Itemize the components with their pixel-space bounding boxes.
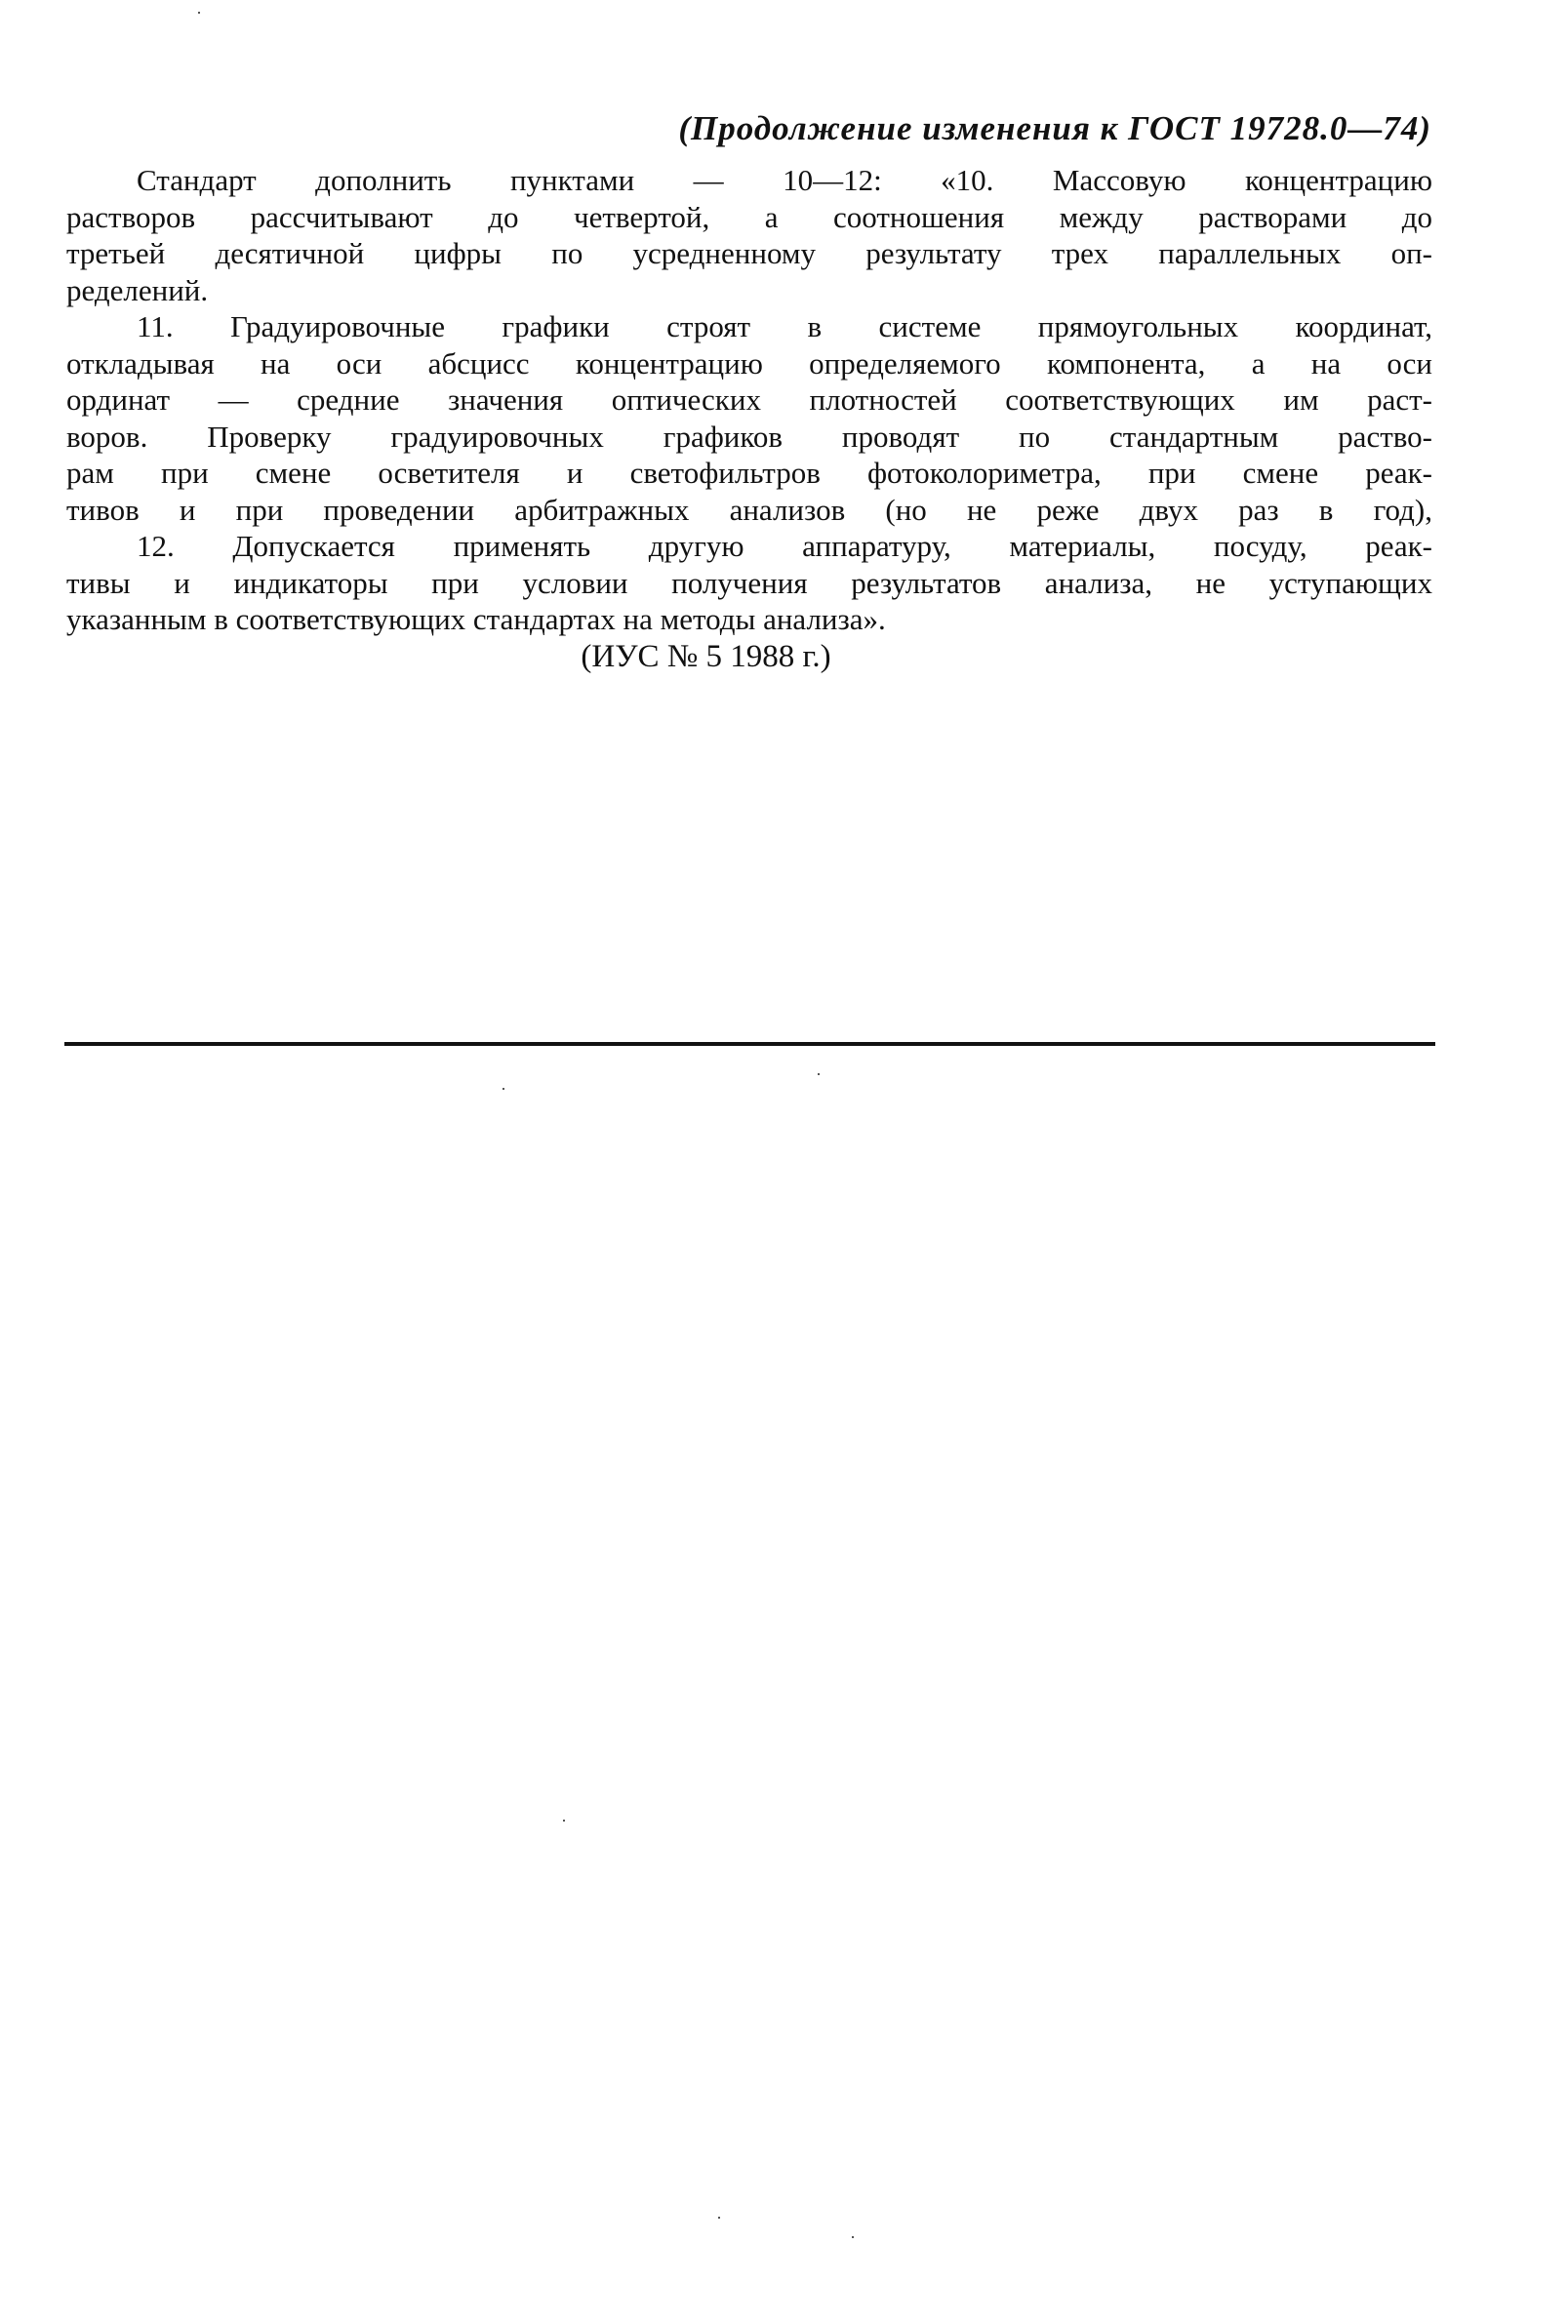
scan-speck (818, 1073, 820, 1075)
text-line: 12. Допускается применять другую аппарат… (66, 528, 1432, 565)
scan-speck (852, 2236, 854, 2238)
text-line: 11. Градуировочные графики строят в сист… (66, 308, 1432, 345)
text-line: тивов и при проведении арбитражных анали… (66, 492, 1432, 529)
text-line: третьей десятичной цифры по усредненному… (66, 235, 1432, 272)
text-line: рам при смене осветителя и светофильтров… (66, 455, 1432, 492)
citation: (ИУС № 5 1988 г.) (0, 639, 1568, 675)
scan-speck (503, 1088, 504, 1090)
body-text: Стандарт дополнить пунктами — 10—12: «10… (66, 162, 1432, 638)
scan-speck (563, 1820, 565, 1822)
paragraph-2: 11. Градуировочные графики строят в сист… (66, 308, 1432, 528)
running-header: (Продолжение изменения к ГОСТ 19728.0—74… (678, 109, 1431, 148)
scan-speck (718, 2217, 720, 2219)
text-line: ределений. (66, 272, 1432, 309)
scan-speck (198, 12, 200, 14)
paragraph-3: 12. Допускается применять другую аппарат… (66, 528, 1432, 638)
text-line: указанным в соответствующих стандартах н… (66, 601, 1432, 638)
paragraph-1: Стандарт дополнить пунктами — 10—12: «10… (66, 162, 1432, 308)
citation-text: (ИУС № 5 1988 г.) (581, 639, 830, 675)
text-line: растворов рассчитывают до четвертой, а с… (66, 199, 1432, 236)
text-line: Стандарт дополнить пунктами — 10—12: «10… (66, 162, 1432, 199)
document-page: (Продолжение изменения к ГОСТ 19728.0—74… (0, 0, 1568, 2324)
horizontal-rule (64, 1042, 1435, 1046)
text-line: откладывая на оси абсцисс концентрацию о… (66, 345, 1432, 382)
text-line: воров. Проверку градуировочных графиков … (66, 419, 1432, 456)
text-line: ординат — средние значения оптических пл… (66, 381, 1432, 419)
text-line: тивы и индикаторы при условии получения … (66, 565, 1432, 602)
